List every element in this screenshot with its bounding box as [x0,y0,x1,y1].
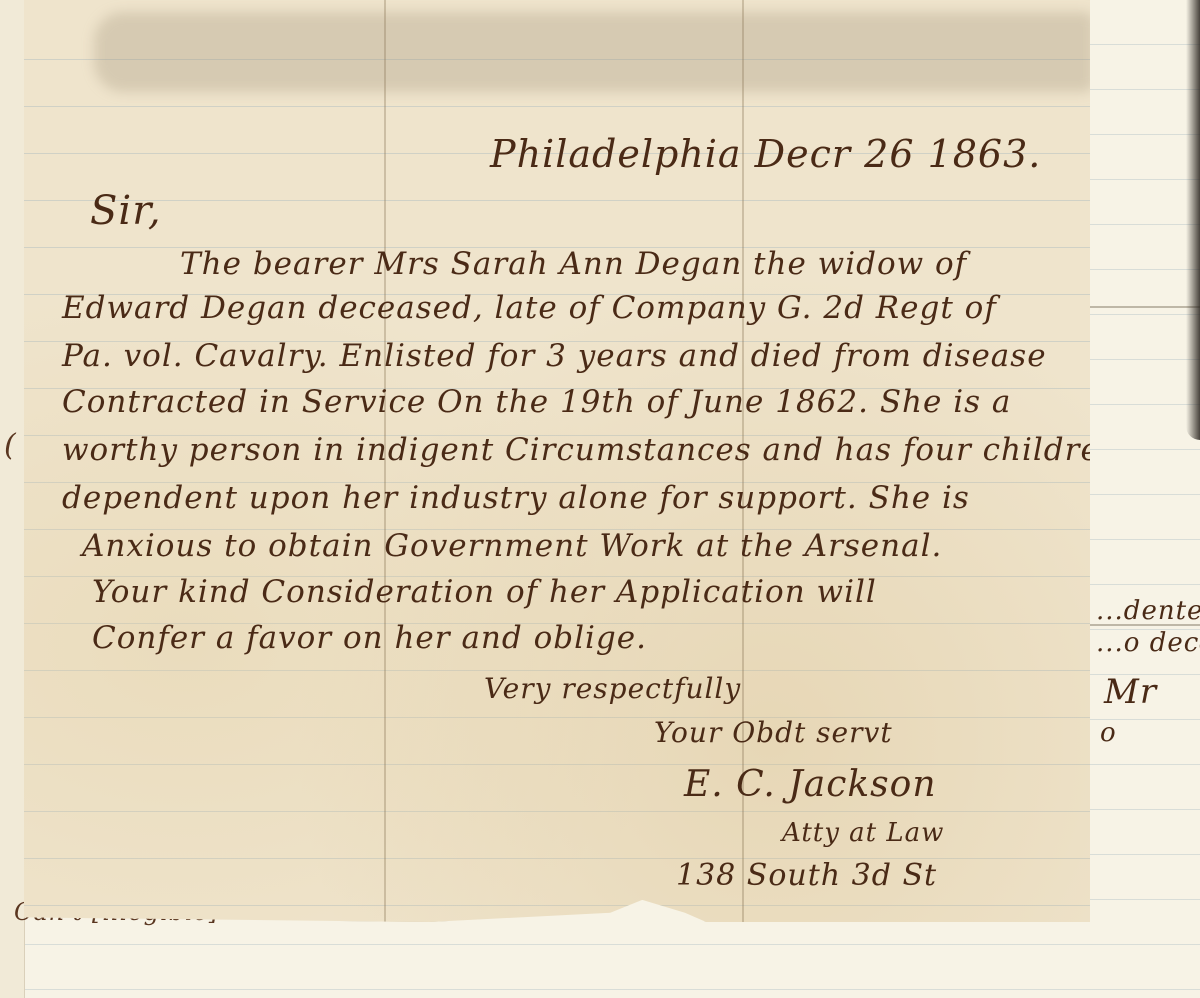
body-line: dependent upon her industry alone for su… [62,480,970,516]
signature: E. C. Jackson [684,764,937,805]
body-line: Your kind Consideration of her Applicati… [92,574,877,610]
underlying-fold-crease [1090,306,1200,308]
body-line: Pa. vol. Cavalry. Enlisted for 3 years a… [62,338,1047,374]
body-line: Anxious to obtain Government Work at the… [82,528,942,564]
salutation: Sir, [90,188,162,234]
underlying-text-fragment: ...o decd [1096,628,1200,658]
water-stain [94,12,1094,92]
underlying-sheet-curl [1186,0,1200,440]
closing-line: Very respectfully [484,672,741,705]
underlying-text-fragment: ...dented [1096,596,1200,626]
body-line: Contracted in Service On the 19th of Jun… [62,384,1011,420]
body-line: The bearer Mrs Sarah Ann Degan the widow… [180,246,967,282]
dateline: Philadelphia Decr 26 1863. [490,132,1041,176]
closing-line: Your Obdt servt [654,716,893,749]
body-line: worthy person in indigent Circumstances … [62,432,1121,468]
body-line: Confer a favor on her and oblige. [92,620,647,656]
letter-sheet: Philadelphia Decr 26 1863. Sir, The bear… [24,0,1090,922]
body-line: Edward Degan deceased, late of Company G… [62,290,997,326]
underlying-sheet-left-edge [0,0,25,998]
margin-bracket: ( [4,428,17,463]
signer-title: Atty at Law [782,818,944,848]
underlying-text-fragment: Mr [1104,672,1157,712]
underlying-text-fragment: o [1100,718,1117,748]
signer-address: 138 South 3d St [676,858,937,893]
